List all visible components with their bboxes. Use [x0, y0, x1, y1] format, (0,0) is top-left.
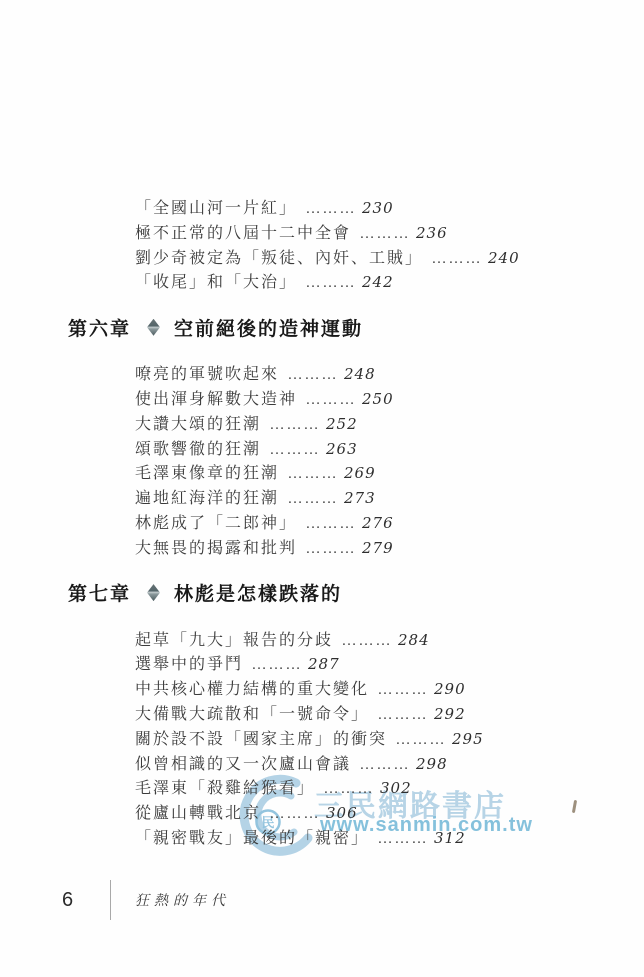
- toc-entry: 大讚大頌的狂潮………252: [0, 412, 644, 437]
- chapter-heading: 第七章林彪是怎樣跌落的: [0, 578, 644, 608]
- dot-leader: ………: [305, 274, 356, 291]
- footer-divider: [110, 880, 111, 920]
- entry-page-number: 273: [344, 489, 376, 507]
- entry-title: 遍地紅海洋的狂潮: [135, 490, 279, 507]
- dot-leader: ………: [305, 540, 356, 557]
- entry-page-number: 269: [344, 464, 376, 482]
- diamond-icon: [147, 584, 160, 601]
- entry-page-number: 252: [326, 415, 358, 433]
- entry-page-number: 295: [452, 730, 484, 748]
- entry-page-number: 263: [326, 440, 358, 458]
- toc-entry: 從廬山轉戰北京………306: [0, 801, 644, 826]
- entry-title: 「親密戰友」最後的「親密」: [135, 830, 369, 847]
- footer-book-title: 狂熱的年代: [135, 890, 230, 910]
- toc-entry: 「親密戰友」最後的「親密」………312: [0, 826, 644, 851]
- toc-entry: 「全國山河一片紅」………230: [0, 196, 644, 221]
- chapter-heading: 第六章空前絕後的造神運動: [0, 312, 644, 342]
- toc-entry: 中共核心權力結構的重大變化………290: [0, 677, 644, 702]
- dot-leader: ………: [269, 416, 320, 433]
- toc-entry: 遍地紅海洋的狂潮………273: [0, 486, 644, 511]
- dot-leader: ………: [287, 465, 338, 482]
- dot-leader: ………: [395, 731, 446, 748]
- entry-title: 似曾相識的又一次廬山會議: [135, 756, 351, 773]
- dot-leader: ………: [431, 250, 482, 267]
- chapter-number: 第六章: [68, 314, 131, 341]
- toc-entry: 毛澤東「殺雞給猴看」………302: [0, 776, 644, 801]
- toc-entry: 選舉中的爭鬥………287: [0, 652, 644, 677]
- dot-leader: ………: [377, 706, 428, 723]
- entry-page-number: 250: [362, 390, 394, 408]
- chapter-title: 空前絕後的造神運動: [174, 314, 363, 341]
- entry-title: 大備戰大疏散和「一號命令」: [135, 706, 369, 723]
- entry-page-number: 287: [308, 655, 340, 673]
- toc-entry: 頌歌響徹的狂潮………263: [0, 437, 644, 462]
- entry-title: 選舉中的爭鬥: [135, 656, 243, 673]
- toc-entry: 「收尾」和「大治」………242: [0, 270, 644, 295]
- entry-title: 頌歌響徹的狂潮: [135, 441, 261, 458]
- entry-page-number: 276: [362, 514, 394, 532]
- entry-title: 起草「九大」報告的分歧: [135, 632, 333, 649]
- toc-entry: 毛澤東像章的狂潮………269: [0, 461, 644, 486]
- dot-leader: ………: [269, 441, 320, 458]
- folio-page-number: 6: [62, 889, 110, 912]
- entry-page-number: 302: [380, 779, 412, 797]
- entry-title: 使出渾身解數大造神: [135, 391, 297, 408]
- entry-page-number: 292: [434, 705, 466, 723]
- dot-leader: ………: [251, 656, 302, 673]
- dot-leader: ………: [287, 366, 338, 383]
- entry-page-number: 236: [416, 224, 448, 242]
- toc-entry: 起草「九大」報告的分歧………284: [0, 628, 644, 653]
- toc-entry: 嘹亮的軍號吹起來………248: [0, 362, 644, 387]
- toc-entry: 林彪成了「二郎神」………276: [0, 511, 644, 536]
- dot-leader: ………: [323, 780, 374, 797]
- dot-leader: ………: [287, 490, 338, 507]
- entry-title: 極不正常的八屆十二中全會: [135, 225, 351, 242]
- entry-page-number: 230: [362, 199, 394, 217]
- entry-title: 中共核心權力結構的重大變化: [135, 681, 369, 698]
- page-footer: 6 狂熱的年代: [62, 879, 230, 921]
- dot-leader: ………: [359, 756, 410, 773]
- toc-entry: 劉少奇被定為「叛徒、內奸、工賊」………240: [0, 246, 644, 271]
- dot-leader: ………: [377, 681, 428, 698]
- entry-title: 從廬山轉戰北京: [135, 805, 261, 822]
- chapter-title: 林彪是怎樣跌落的: [174, 579, 342, 606]
- entry-page-number: 290: [434, 680, 466, 698]
- toc-entry: 大無畏的揭露和批判………279: [0, 536, 644, 561]
- toc-entry: 使出渾身解數大造神………250: [0, 387, 644, 412]
- dot-leader: ………: [359, 225, 410, 242]
- book-page: 民 三民網路書店 www.sanmin.com.tw 「全國山河一片紅」………2…: [0, 0, 644, 977]
- entry-title: 毛澤東「殺雞給猴看」: [135, 780, 315, 797]
- entry-title: 關於設不設「國家主席」的衝突: [135, 731, 387, 748]
- dot-leader: ………: [341, 632, 392, 649]
- entry-title: 劉少奇被定為「叛徒、內奸、工賊」: [135, 250, 423, 267]
- dot-leader: ………: [377, 830, 428, 847]
- entry-title: 大無畏的揭露和批判: [135, 540, 297, 557]
- entry-page-number: 242: [362, 273, 394, 291]
- entry-title: 林彪成了「二郎神」: [135, 515, 297, 532]
- entry-page-number: 312: [434, 829, 466, 847]
- entry-title: 「收尾」和「大治」: [135, 274, 297, 291]
- entry-page-number: 298: [416, 755, 448, 773]
- dot-leader: ………: [305, 391, 356, 408]
- dot-leader: ………: [305, 200, 356, 217]
- toc-entry: 似曾相識的又一次廬山會議………298: [0, 752, 644, 777]
- chapter-number: 第七章: [68, 579, 131, 606]
- dot-leader: ………: [269, 805, 320, 822]
- entry-page-number: 306: [326, 804, 358, 822]
- entry-page-number: 240: [488, 249, 520, 267]
- toc-entry: 極不正常的八屆十二中全會………236: [0, 221, 644, 246]
- entry-page-number: 284: [398, 631, 430, 649]
- diamond-icon: [147, 319, 160, 336]
- entry-page-number: 248: [344, 365, 376, 383]
- toc: 「全國山河一片紅」………230極不正常的八屆十二中全會………236劉少奇被定為「…: [0, 196, 644, 851]
- dot-leader: ………: [305, 515, 356, 532]
- entry-title: 「全國山河一片紅」: [135, 200, 297, 217]
- entry-title: 毛澤東像章的狂潮: [135, 465, 279, 482]
- toc-entry: 大備戰大疏散和「一號命令」………292: [0, 702, 644, 727]
- entry-title: 大讚大頌的狂潮: [135, 416, 261, 433]
- entry-title: 嘹亮的軍號吹起來: [135, 366, 279, 383]
- entry-page-number: 279: [362, 539, 394, 557]
- toc-entry: 關於設不設「國家主席」的衝突………295: [0, 727, 644, 752]
